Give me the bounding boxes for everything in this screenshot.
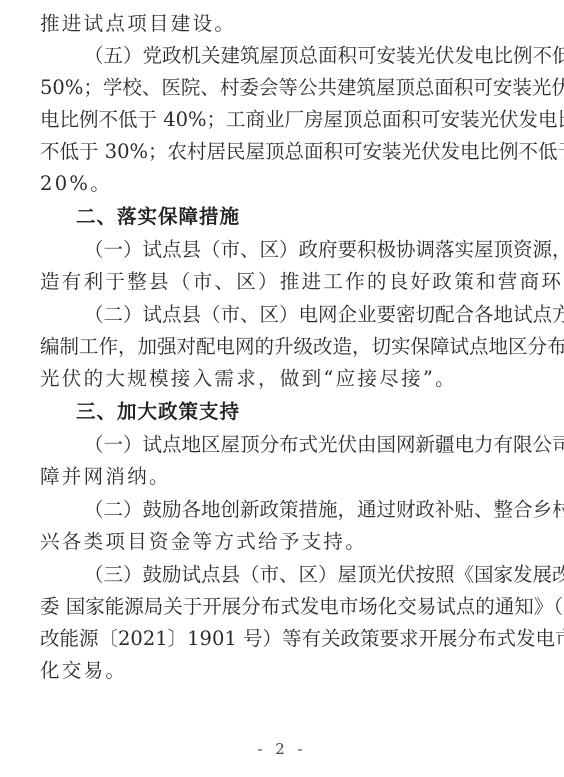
section-heading: 二、落实保障措施 xyxy=(76,201,240,233)
paragraph-line: 光伏的大规模接入需求，做到“应接尽接”。 xyxy=(40,363,457,395)
page-number: - 2 - xyxy=(0,740,564,758)
paragraph-line: （三）鼓励试点县（市、区）屋顶光伏按照《国家发展改革 xyxy=(84,559,532,591)
paragraph-line: 兴各类项目资金等方式给予支持。 xyxy=(40,526,367,558)
paragraph-line: （五）党政机关建筑屋顶总面积可安装光伏发电比例不低于 xyxy=(84,40,532,72)
paragraph-line: 不低于 30%；农村居民屋顶总面积可安装光伏发电比例不低于 xyxy=(40,136,532,168)
paragraph-line: 50%；学校、医院、村委会等公共建筑屋顶总面积可安装光伏发 xyxy=(40,72,532,104)
paragraph-line: 20%。 xyxy=(40,168,112,200)
paragraph-line: （一）试点地区屋顶分布式光伏由国网新疆电力有限公司保 xyxy=(84,429,532,461)
paragraph-line: 委 国家能源局关于开展分布式发电市场化交易试点的通知》（发 xyxy=(40,591,532,623)
paragraph-line: 电比例不低于 40%；工商业厂房屋顶总面积可安装光伏发电比例 xyxy=(40,104,532,136)
paragraph-line: 改能源〔2021〕1901 号）等有关政策要求开展分布式发电市场 xyxy=(40,623,532,655)
paragraph-line: 编制工作，加强对配电网的升级改造，切实保障试点地区分布式 xyxy=(40,331,532,363)
paragraph-line: 推进试点项目建设。 xyxy=(40,8,236,40)
paragraph-line: （二）试点县（市、区）电网企业要密切配合各地试点方案 xyxy=(84,299,532,331)
section-heading: 三、加大政策支持 xyxy=(76,396,240,428)
paragraph-line: 化交易。 xyxy=(40,655,127,687)
paragraph-line: （一）试点县（市、区）政府要积极协调落实屋顶资源，营 xyxy=(84,234,532,266)
paragraph-line: （二）鼓励各地创新政策措施，通过财政补贴、整合乡村振 xyxy=(84,494,532,526)
paragraph-line: 造有利于整县（市、区）推进工作的良好政策和营商环境。 xyxy=(40,266,564,298)
paragraph-line: 障并网消纳。 xyxy=(40,461,171,493)
